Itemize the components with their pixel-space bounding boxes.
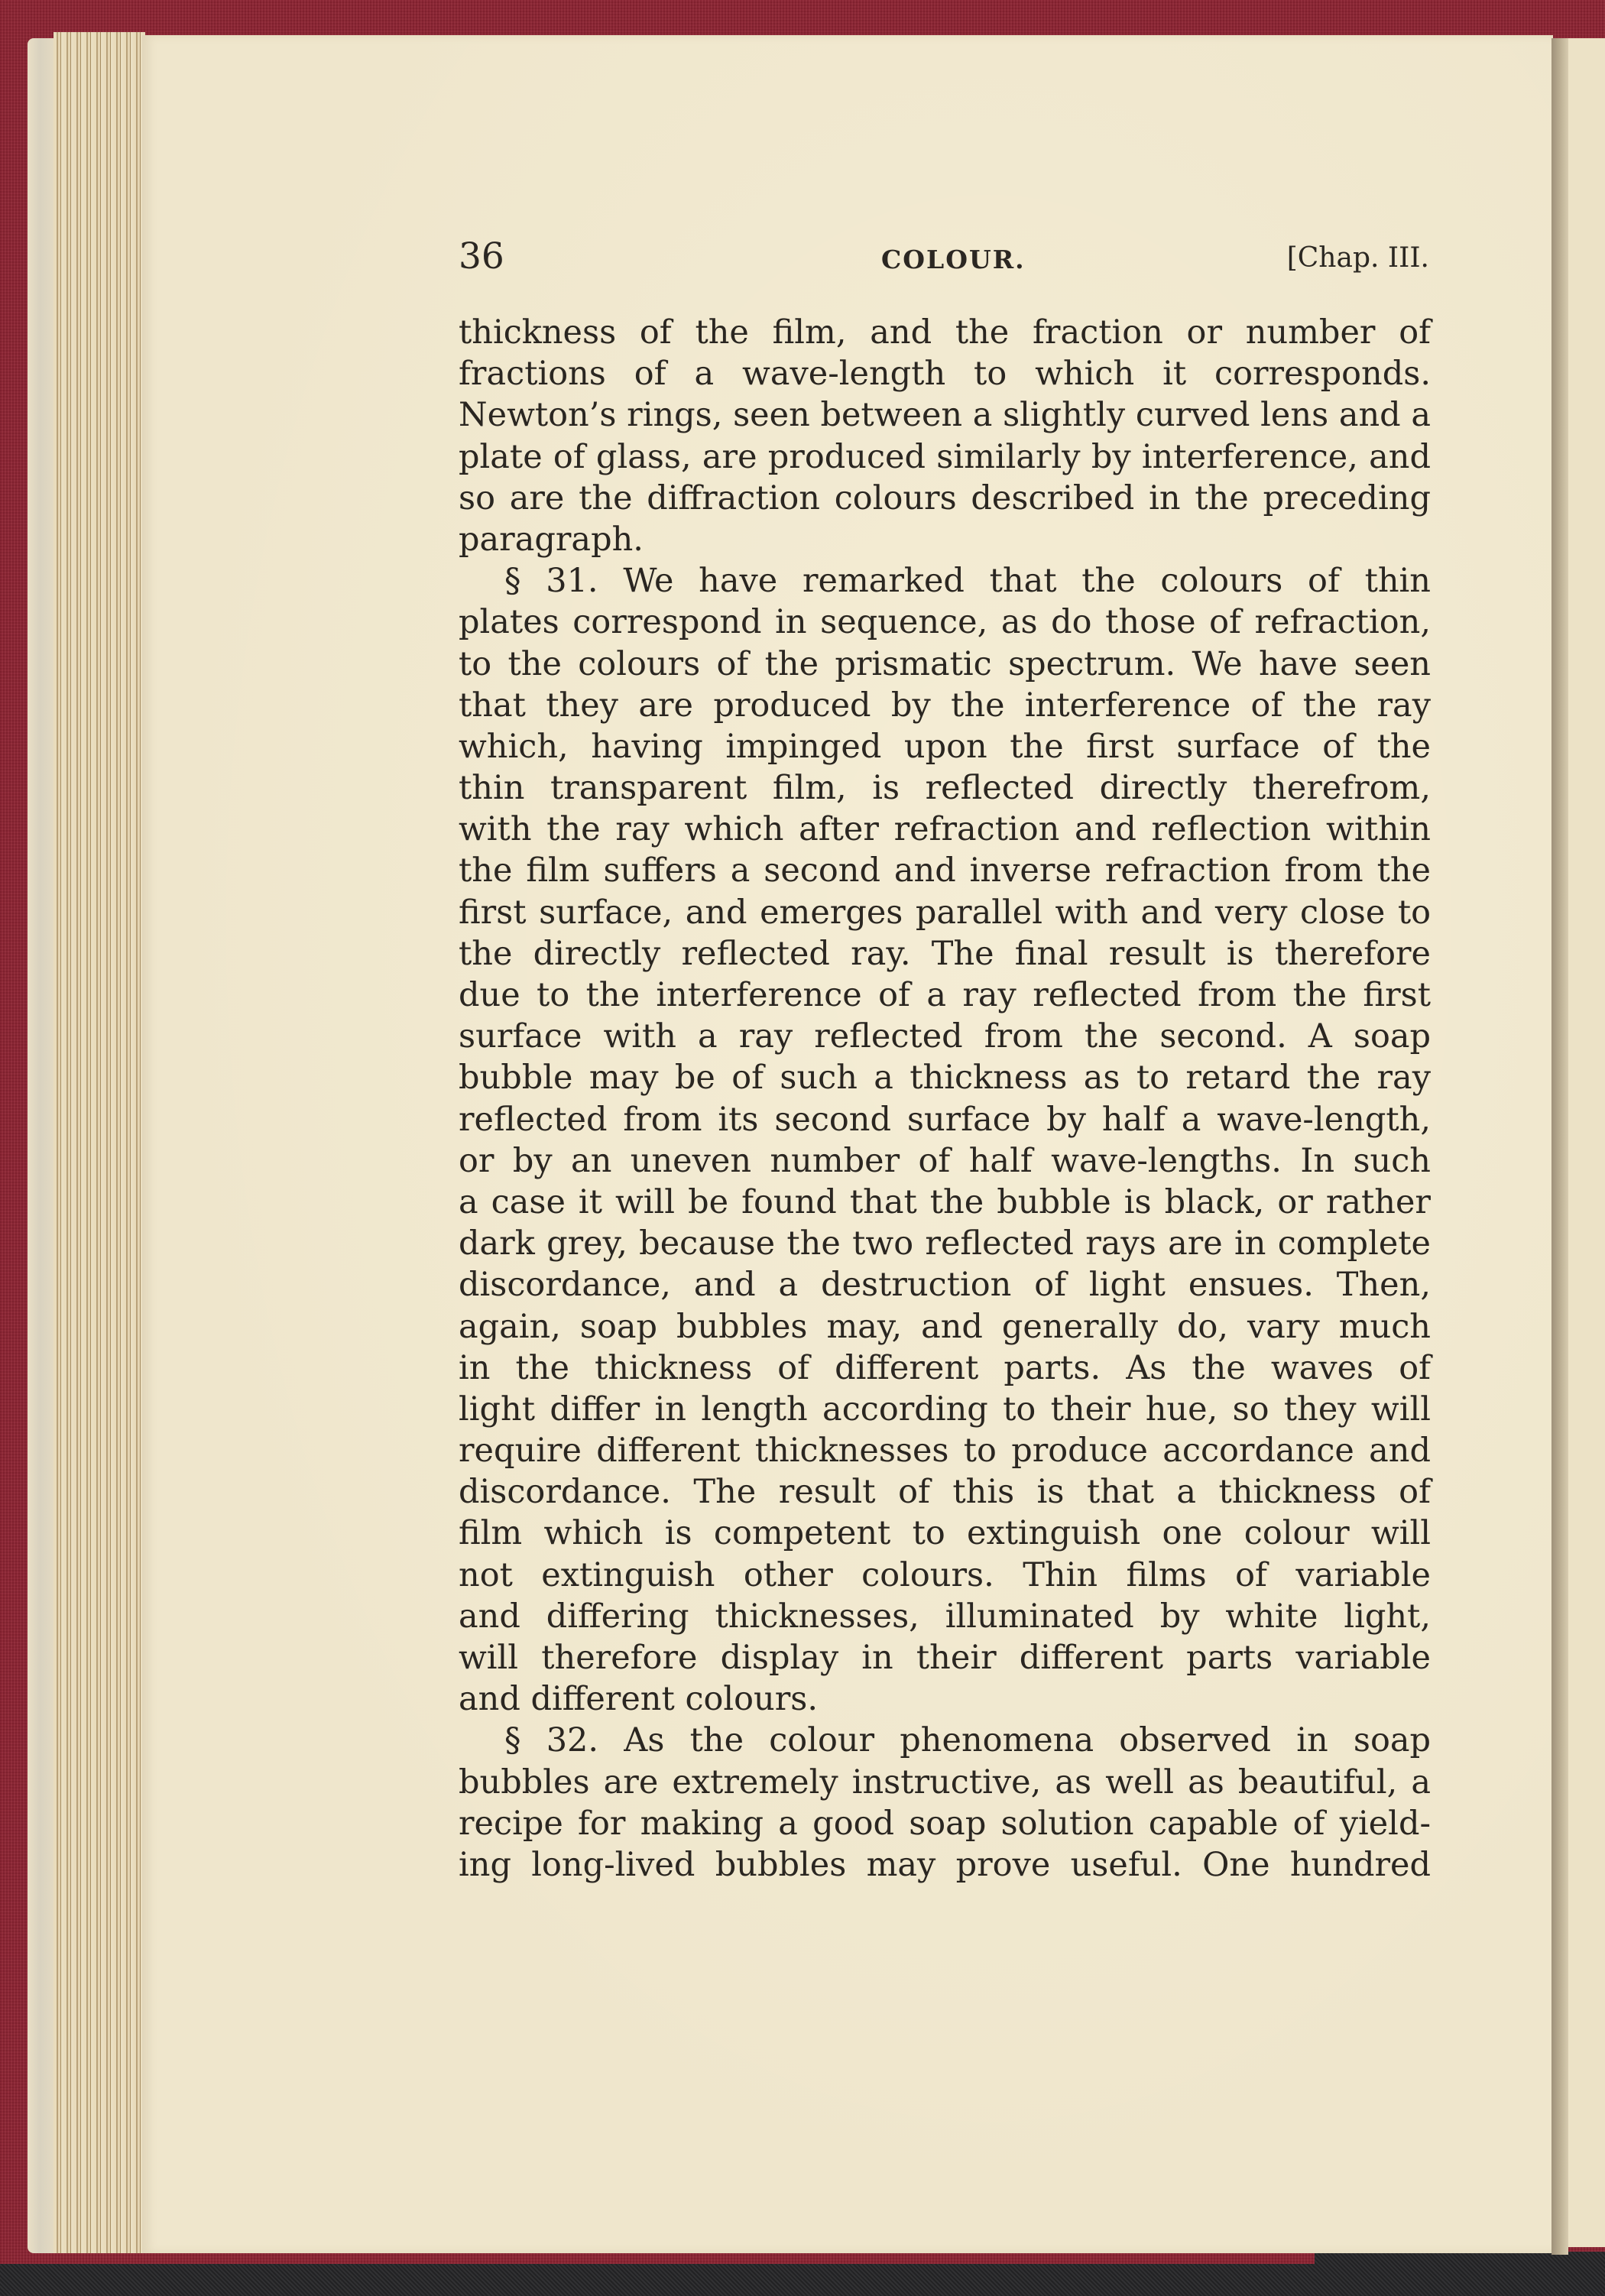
gutter-shadow: [1551, 38, 1568, 2255]
text-line: plate of glass, are produced similarly b…: [459, 436, 1431, 478]
paragraph-continuation: thickness of the film, and the fraction …: [459, 312, 1431, 560]
body-text: thickness of the film, and the fraction …: [459, 312, 1431, 1886]
text-line: so are the diffraction colours described…: [459, 478, 1431, 519]
text-line: due to the interference of a ray reflect…: [459, 975, 1431, 1016]
text-line: to the colours of the prismatic spectrum…: [459, 644, 1431, 685]
text-line: will therefore display in their differen…: [459, 1637, 1431, 1678]
text-line: paragraph.: [459, 519, 1431, 560]
text-line: reflected from its second surface by hal…: [459, 1099, 1431, 1140]
text-line: that they are produced by the interferen…: [459, 685, 1431, 726]
text-line: bubble may be of such a thickness as to …: [459, 1057, 1431, 1098]
page-stack-edges: [53, 32, 145, 2253]
text-line: the film suffers a second and inverse re…: [459, 850, 1431, 891]
text-line: bubbles are extremely instructive, as we…: [459, 1762, 1431, 1803]
text-line: not extinguish other colours. Thin films…: [459, 1555, 1431, 1596]
text-line: fractions of a wave-length to which it c…: [459, 353, 1431, 394]
running-title: COLOUR.: [881, 238, 1026, 281]
chapter-reference: [Chap. III.: [1287, 237, 1429, 280]
text-line: which, having impinged upon the first su…: [459, 726, 1431, 767]
text-line: § 32. As the colour phenomena observed i…: [459, 1720, 1431, 1761]
page-number: 36: [459, 235, 504, 278]
text-line: and different colours.: [459, 1678, 1431, 1720]
text-line: discordance. The result of this is that …: [459, 1471, 1431, 1513]
text-line: again, soap bubbles may, and generally d…: [459, 1306, 1431, 1347]
text-line: thickness of the film, and the fraction …: [459, 312, 1431, 353]
text-line: plates correspond in sequence, as do tho…: [459, 602, 1431, 643]
text-line: the directly reflected ray. The final re…: [459, 933, 1431, 975]
text-line: require different thicknesses to produce…: [459, 1430, 1431, 1471]
text-line: first surface, and emerges parallel with…: [459, 892, 1431, 933]
text-line: and differing thicknesses, illuminated b…: [459, 1596, 1431, 1637]
text-line: thin transparent film, is reflected dire…: [459, 767, 1431, 809]
text-line: with the ray which after refraction and …: [459, 809, 1431, 850]
text-line: § 31. We have remarked that the colours …: [459, 560, 1431, 602]
text-line: a case it will be found that the bubble …: [459, 1182, 1431, 1223]
text-line: light differ in length according to thei…: [459, 1389, 1431, 1430]
text-line: dark grey, because the two reflected ray…: [459, 1223, 1431, 1264]
book-cover-dark-cloth-right: [1315, 2252, 1605, 2296]
text-line: ing long-lived bubbles may prove useful.…: [459, 1844, 1431, 1886]
facing-page-edge: [1568, 38, 1605, 2247]
paragraph-section-32: § 32. As the colour phenomena observed i…: [459, 1720, 1431, 1886]
text-line: discordance, and a destruction of light …: [459, 1264, 1431, 1305]
text-line: film which is competent to extinguish on…: [459, 1513, 1431, 1554]
text-line: in the thickness of different parts. As …: [459, 1347, 1431, 1389]
text-line: or by an uneven number of half wave-leng…: [459, 1140, 1431, 1182]
text-line: surface with a ray reflected from the se…: [459, 1016, 1431, 1057]
text-line: Newton’s rings, seen between a slightly …: [459, 394, 1431, 436]
running-head: 36 COLOUR. [Chap. III.: [459, 235, 1429, 278]
text-line: recipe for making a good soap solution c…: [459, 1803, 1431, 1844]
paragraph-section-31: § 31. We have remarked that the colours …: [459, 560, 1431, 1720]
